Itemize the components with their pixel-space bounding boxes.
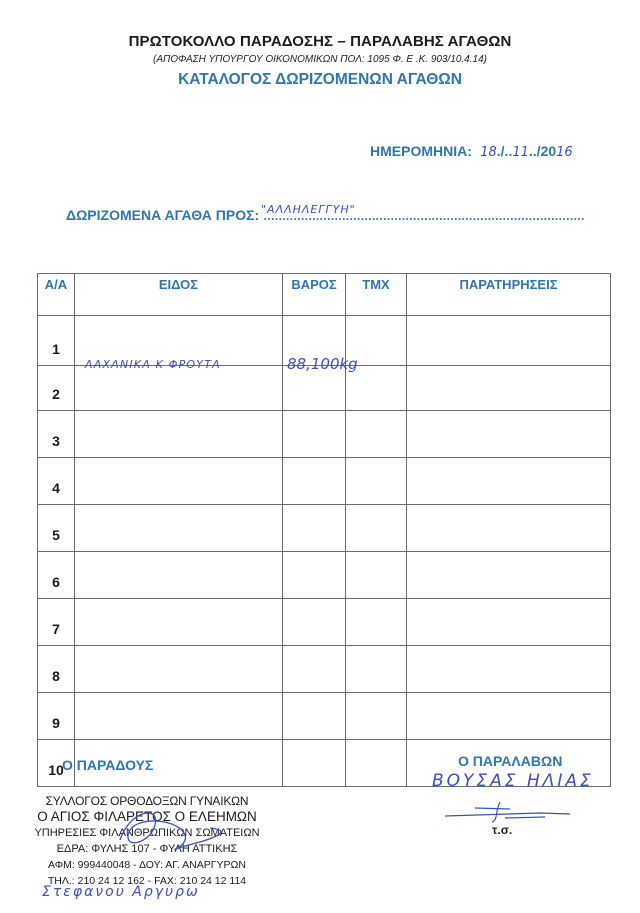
date-month-value: 11 [512, 145, 529, 160]
pieces-cell[interactable] [346, 505, 407, 552]
notes-cell[interactable] [407, 316, 611, 366]
item-cell[interactable] [75, 693, 283, 740]
row-number: 7 [38, 599, 75, 646]
item-cell[interactable] [75, 458, 283, 505]
table-row: 7 [38, 599, 611, 646]
pieces-cell[interactable] [346, 366, 407, 411]
notes-cell[interactable] [407, 366, 611, 411]
weight-cell[interactable] [283, 646, 346, 693]
row-number: 5 [38, 505, 75, 552]
recipient-value: "ΑΛΛΗΛΕΓΓΥΗ" [261, 203, 356, 216]
item-cell[interactable]: ΛΑΧΑΝΙΚΑ Κ ΦΡΟΥΤΑ [75, 316, 283, 366]
column-header-weight: ΒΑΡΟΣ [283, 274, 346, 316]
deliverer-signature-name: Στεφανου Αργυρω [42, 884, 200, 900]
pieces-cell[interactable] [346, 599, 407, 646]
item-cell[interactable] [75, 505, 283, 552]
column-header-notes: ΠΑΡΑΤΗΡΗΣΕΙΣ [407, 274, 611, 316]
weight-cell[interactable]: 88,100kg [283, 316, 346, 366]
receiver-signature-name: ΒΟΥΣΑΣ ΗΛΙΑΣ [432, 771, 594, 791]
weight-cell[interactable] [283, 552, 346, 599]
document-title: ΠΡΩΤΟΚΟΛΛΟ ΠΑΡΑΔΟΣΗΣ – ΠΑΡΑΛΑΒΗΣ ΑΓΑΘΩΝ [0, 33, 640, 50]
date-field[interactable]: ΗΜΕΡΟΜΗΝΙΑ: 18./..11../2016 [370, 143, 573, 161]
row-number: 8 [38, 646, 75, 693]
column-header-aa: Α/Α [38, 274, 75, 316]
notes-cell[interactable] [407, 599, 611, 646]
date-day-field: 18./..11../2016 [476, 143, 572, 159]
receiver-signature-scribble [440, 800, 580, 825]
notes-cell[interactable] [407, 411, 611, 458]
column-header-item: ΕΙΔΟΣ [75, 274, 283, 316]
table-row: 9 [38, 693, 611, 740]
weight-cell[interactable] [283, 366, 346, 411]
table-row: 1ΛΑΧΑΝΙΚΑ Κ ΦΡΟΥΤΑ88,100kg [38, 316, 611, 366]
weight-cell[interactable] [283, 599, 346, 646]
recipient-label: ΔΩΡΙΖΟΜΕΝΑ ΑΓΑΘΑ ΠΡΟΣ: [66, 207, 259, 223]
table-row: 5 [38, 505, 611, 552]
recipient-field[interactable]: ΔΩΡΙΖΟΜΕΝΑ ΑΓΑΘΑ ΠΡΟΣ: .................… [66, 207, 585, 225]
notes-cell[interactable] [407, 693, 611, 740]
row-number: 6 [38, 552, 75, 599]
row-number: 2 [38, 366, 75, 411]
ts-label: τ.σ. [492, 823, 512, 837]
notes-cell[interactable] [407, 505, 611, 552]
table-row: 3 [38, 411, 611, 458]
table-row: 4 [38, 458, 611, 505]
table-header-row: Α/Α ΕΙΔΟΣ ΒΑΡΟΣ ΤΜΧ ΠΑΡΑΤΗΡΗΣΕΙΣ [38, 274, 611, 316]
item-cell[interactable] [75, 599, 283, 646]
weight-cell[interactable] [283, 458, 346, 505]
date-day-value: 18 [480, 145, 497, 160]
item-cell[interactable] [75, 366, 283, 411]
date-label: ΗΜΕΡΟΜΗΝΙΑ: [370, 143, 472, 159]
weight-cell[interactable] [283, 505, 346, 552]
pieces-cell[interactable] [346, 458, 407, 505]
notes-cell[interactable] [407, 458, 611, 505]
deliverer-signature-scribble [90, 800, 240, 860]
pieces-cell[interactable] [346, 740, 407, 787]
date-year-value: 16 [556, 145, 573, 160]
weight-cell[interactable] [283, 693, 346, 740]
item-cell[interactable] [75, 552, 283, 599]
pieces-cell[interactable] [346, 552, 407, 599]
table-row: 8 [38, 646, 611, 693]
pieces-cell[interactable] [346, 693, 407, 740]
table-row: 6 [38, 552, 611, 599]
table-row: 2 [38, 366, 611, 411]
pieces-cell[interactable] [346, 411, 407, 458]
column-header-pieces: ΤΜΧ [346, 274, 407, 316]
item-cell[interactable] [75, 646, 283, 693]
item-cell[interactable] [75, 411, 283, 458]
weight-cell[interactable] [283, 740, 346, 787]
weight-cell[interactable] [283, 411, 346, 458]
catalog-title: ΚΑΤΑΛΟΓΟΣ ΔΩΡΙΖΟΜΕΝΩΝ ΑΓΑΘΩΝ [0, 71, 640, 89]
pieces-cell[interactable] [346, 646, 407, 693]
pieces-cell[interactable] [346, 316, 407, 366]
row-number: 4 [38, 458, 75, 505]
legal-reference: (ΑΠΟΦΑΣΗ ΥΠΟΥΡΓΟΥ ΟΙΚΟΝΟΜΙΚΩΝ ΠΟΛ: 1095 … [0, 54, 640, 65]
row-number: 1 [38, 316, 75, 366]
row-number: 9 [38, 693, 75, 740]
deliverer-label: Ο ΠΑΡΑΔΟΥΣ [62, 757, 153, 773]
notes-cell[interactable] [407, 646, 611, 693]
receiver-label: Ο ΠΑΡΑΛΑΒΩΝ [458, 753, 562, 769]
notes-cell[interactable] [407, 552, 611, 599]
row-number: 3 [38, 411, 75, 458]
items-table: Α/Α ΕΙΔΟΣ ΒΑΡΟΣ ΤΜΧ ΠΑΡΑΤΗΡΗΣΕΙΣ 1ΛΑΧΑΝΙ… [37, 273, 611, 787]
date-year-prefix: 20 [541, 143, 557, 159]
